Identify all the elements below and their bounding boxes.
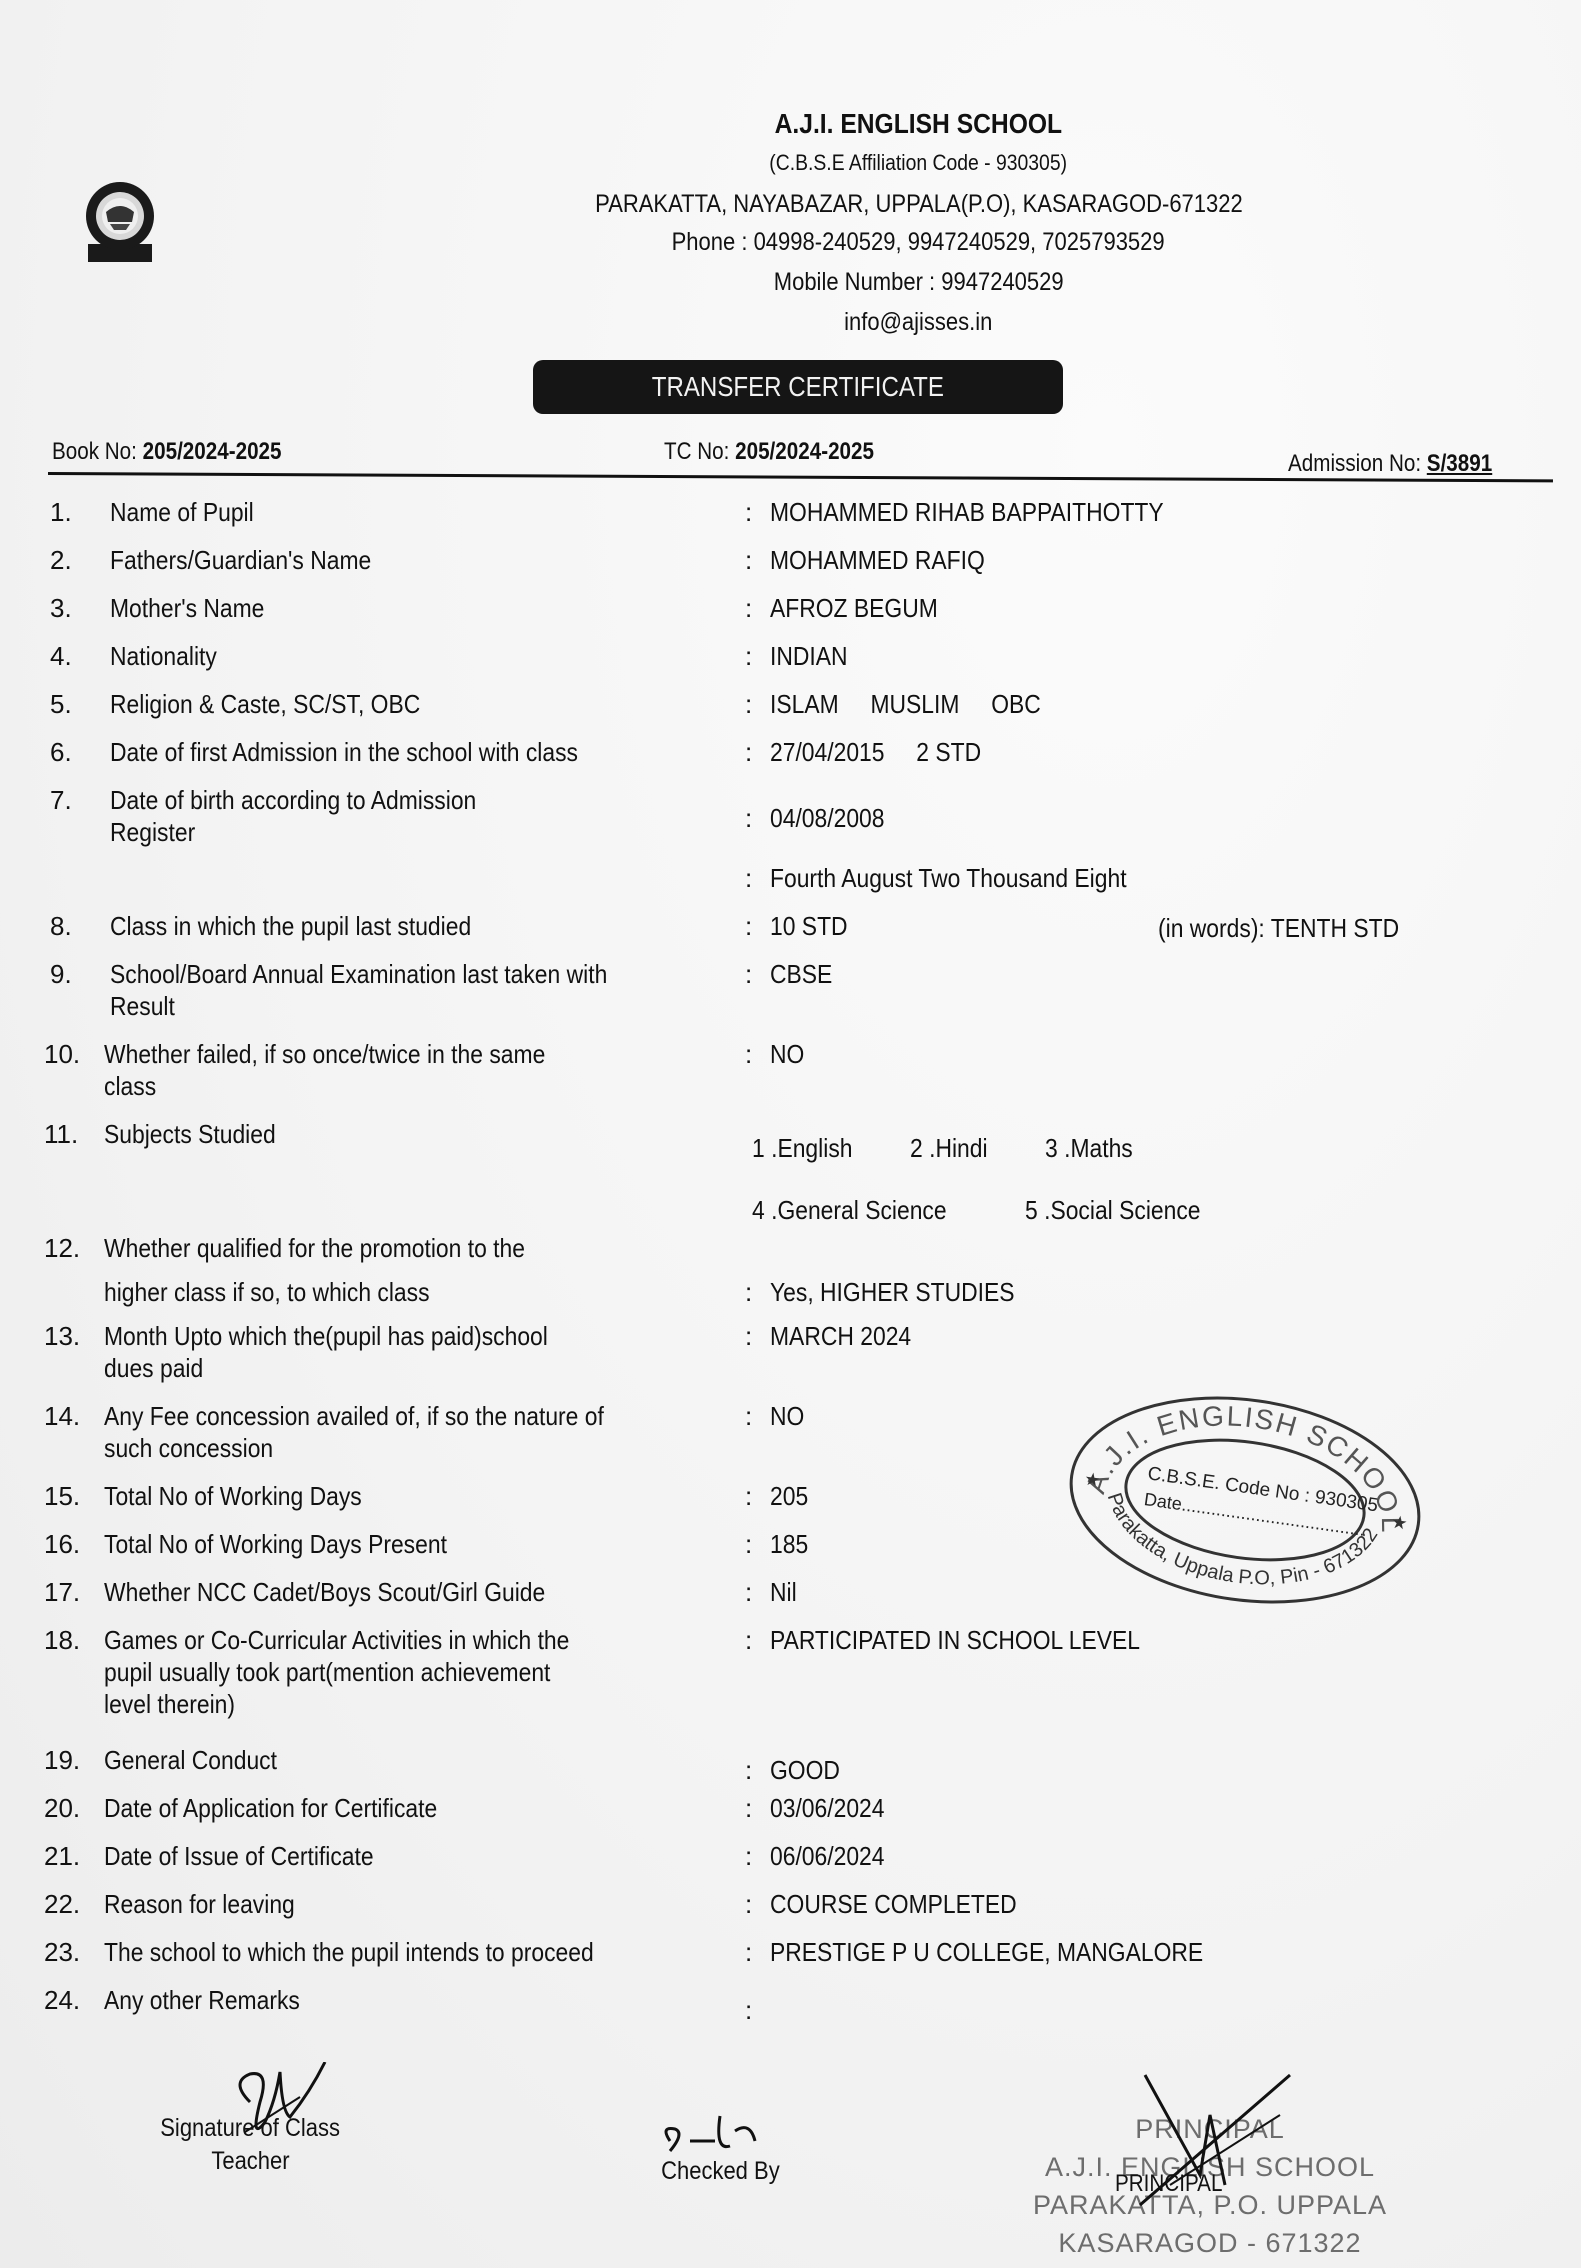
field-colon: : [745, 862, 752, 894]
subject-item: 5 .Social Science [1025, 1194, 1224, 1226]
field-colon: : [745, 1480, 752, 1512]
field-value: GOOD [770, 1754, 849, 1786]
field-number: 17. [44, 1576, 80, 1608]
field-value: MARCH 2024 [770, 1320, 930, 1352]
field-value: PARTICIPATED IN SCHOOL LEVEL [770, 1624, 1190, 1656]
field-value-words: Fourth August Two Thousand Eight [770, 862, 1175, 894]
field-colon: : [745, 1528, 752, 1560]
field-label: Any other Remarks [104, 1984, 327, 2016]
field-number: 23. [44, 1936, 80, 1968]
field-number: 2. [50, 544, 72, 576]
field-value: CBSE [770, 958, 841, 990]
subject-item: 3 .Maths [1045, 1132, 1145, 1164]
field-label: Result [110, 990, 184, 1022]
field-number: 19. [44, 1744, 80, 1776]
field-colon: : [745, 1038, 752, 1070]
field-value-words: (in words): TENTH STD [1158, 912, 1432, 944]
field-value: Yes, HIGHER STUDIES [770, 1276, 1048, 1308]
field-colon: : [745, 592, 752, 624]
field-value: AFROZ BEGUM [770, 592, 961, 624]
field-number: 21. [44, 1840, 80, 1872]
checked-by-signature: Checked By [620, 2155, 820, 2188]
field-label: Subjects Studied [104, 1118, 299, 1150]
field-colon: : [745, 496, 752, 528]
field-colon: : [745, 736, 752, 768]
field-value: 205 [770, 1480, 813, 1512]
field-label: Whether qualified for the promotion to t… [104, 1232, 582, 1264]
subject-item: 4 .General Science [752, 1194, 973, 1226]
email-address: info@ajisses.in [128, 308, 1581, 337]
phone-numbers: Phone : 04998-240529, 9947240529, 702579… [128, 228, 1581, 257]
field-value: Nil [770, 1576, 800, 1608]
field-number: 13. [44, 1320, 80, 1352]
field-label: Whether failed, if so once/twice in the … [104, 1038, 605, 1070]
field-colon: : [745, 910, 752, 942]
field-label: Games or Co-Curricular Activities in whi… [104, 1624, 633, 1656]
field-value: 06/06/2024 [770, 1840, 900, 1872]
field-number: 6. [50, 736, 72, 768]
svg-text:★: ★ [1083, 1469, 1102, 1491]
signature-scribble-icon [660, 2111, 770, 2161]
field-number: 16. [44, 1528, 80, 1560]
field-value: MOHAMMED RAFIQ [770, 544, 1014, 576]
field-number: 11. [44, 1118, 78, 1150]
field-number: 12. [44, 1232, 80, 1264]
field-value: ISLAM MUSLIM OBC [770, 688, 1078, 720]
field-number: 3. [50, 592, 72, 624]
field-colon: : [745, 1994, 752, 2026]
field-label: class [104, 1070, 163, 1102]
field-number: 20. [44, 1792, 80, 1824]
field-value: COURSE COMPLETED [770, 1888, 1050, 1920]
field-value: 10 STD [770, 910, 858, 942]
field-label: Date of birth according to Admission [110, 784, 526, 816]
subject-item: 1 .English [752, 1132, 866, 1164]
field-colon: : [745, 1840, 752, 1872]
field-label: School/Board Annual Examination last tak… [110, 958, 675, 990]
subject-item: 2 .Hindi [910, 1132, 998, 1164]
field-number: 15. [44, 1480, 80, 1512]
field-label: Date of Issue of Certificate [104, 1840, 410, 1872]
field-colon: : [745, 1792, 752, 1824]
field-label: such concession [104, 1432, 296, 1464]
field-number: 14. [44, 1400, 80, 1432]
school-seal-stamp: A.J.I. ENGLISH SCHOOL Parakatta, Uppala … [1052, 1371, 1438, 1629]
field-label: Fathers/Guardian's Name [110, 544, 407, 576]
svg-text:★: ★ [1390, 1512, 1409, 1534]
field-colon: : [745, 802, 752, 834]
field-label: Any Fee concession availed of, if so the… [104, 1400, 672, 1432]
field-label: Total No of Working Days [104, 1480, 397, 1512]
tc-number: TC No: 205/2024-2025 [664, 438, 908, 466]
field-colon: : [745, 1400, 752, 1432]
class-teacher-signature: Signature of Class Teacher [120, 2112, 380, 2178]
field-value: 185 [770, 1528, 813, 1560]
field-label: Date of Application for Certificate [104, 1792, 483, 1824]
school-name: A.J.I. ENGLISH SCHOOL [128, 108, 1581, 140]
field-value: NO [770, 1038, 809, 1070]
field-label: Total No of Working Days Present [104, 1528, 494, 1560]
field-value: NO [770, 1400, 809, 1432]
field-colon: : [745, 1320, 752, 1352]
field-colon: : [745, 544, 752, 576]
field-label: Register [110, 816, 207, 848]
field-label: Name of Pupil [110, 496, 273, 528]
field-number: 10. [44, 1038, 80, 1070]
field-number: 1. [50, 496, 72, 528]
field-number: 8. [50, 910, 72, 942]
field-label: Whether NCC Cadet/Boys Scout/Girl Guide [104, 1576, 605, 1608]
field-value: 03/06/2024 [770, 1792, 900, 1824]
admission-number: Admission No: S/3891 [1288, 450, 1525, 478]
field-value: PRESTIGE P U COLLEGE, MANGALORE [770, 1936, 1262, 1968]
field-number: 9. [50, 958, 72, 990]
principal-signature-icon [1130, 2055, 1300, 2215]
transfer-certificate-page: A.J.I. ENGLISH SCHOOL (C.B.S.E Affiliati… [0, 0, 1581, 2268]
field-label: Nationality [110, 640, 231, 672]
affiliation-code: (C.B.S.E Affiliation Code - 930305) [128, 150, 1581, 176]
field-label: General Conduct [104, 1744, 301, 1776]
field-number: 18. [44, 1624, 80, 1656]
field-number: 24. [44, 1984, 80, 2016]
field-label: pupil usually took part(mention achievem… [104, 1656, 611, 1688]
field-value: INDIAN [770, 640, 858, 672]
school-address: PARAKATTA, NAYABAZAR, UPPALA(P.O), KASAR… [128, 190, 1581, 219]
field-label: The school to which the pupil intends to… [104, 1936, 660, 1968]
field-colon: : [745, 640, 752, 672]
field-colon: : [745, 1936, 752, 1968]
field-number: 7. [50, 784, 72, 816]
book-number: Book No: 205/2024-2025 [52, 438, 319, 466]
field-label: higher class if so, to which class [104, 1276, 474, 1308]
document-title-banner: TRANSFER CERTIFICATE [533, 360, 1063, 414]
field-label: Reason for leaving [104, 1888, 321, 1920]
field-label: Class in which the pupil last studied [110, 910, 520, 942]
field-colon: : [745, 1276, 752, 1308]
field-label: Date of first Admission in the school wi… [110, 736, 642, 768]
field-colon: : [745, 958, 752, 990]
field-colon: : [745, 1888, 752, 1920]
field-value: MOHAMMED RIHAB BAPPAITHOTTY [770, 496, 1217, 528]
field-colon: : [745, 1754, 752, 1786]
field-value: 04/08/2008 [770, 802, 900, 834]
field-label: Mother's Name [110, 592, 285, 624]
field-number: 4. [50, 640, 72, 672]
field-number: 5. [50, 688, 72, 720]
field-colon: : [745, 1576, 752, 1608]
field-label: Religion & Caste, SC/ST, OBC [110, 688, 463, 720]
field-number: 22. [44, 1888, 80, 1920]
field-label: Month Upto which the(pupil has paid)scho… [104, 1320, 608, 1352]
field-label: level therein) [104, 1688, 253, 1720]
field-value: 27/04/2015 2 STD [770, 736, 1010, 768]
field-colon: : [745, 688, 752, 720]
field-colon: : [745, 1624, 752, 1656]
mobile-number: Mobile Number : 9947240529 [128, 268, 1581, 297]
field-label: dues paid [104, 1352, 217, 1384]
